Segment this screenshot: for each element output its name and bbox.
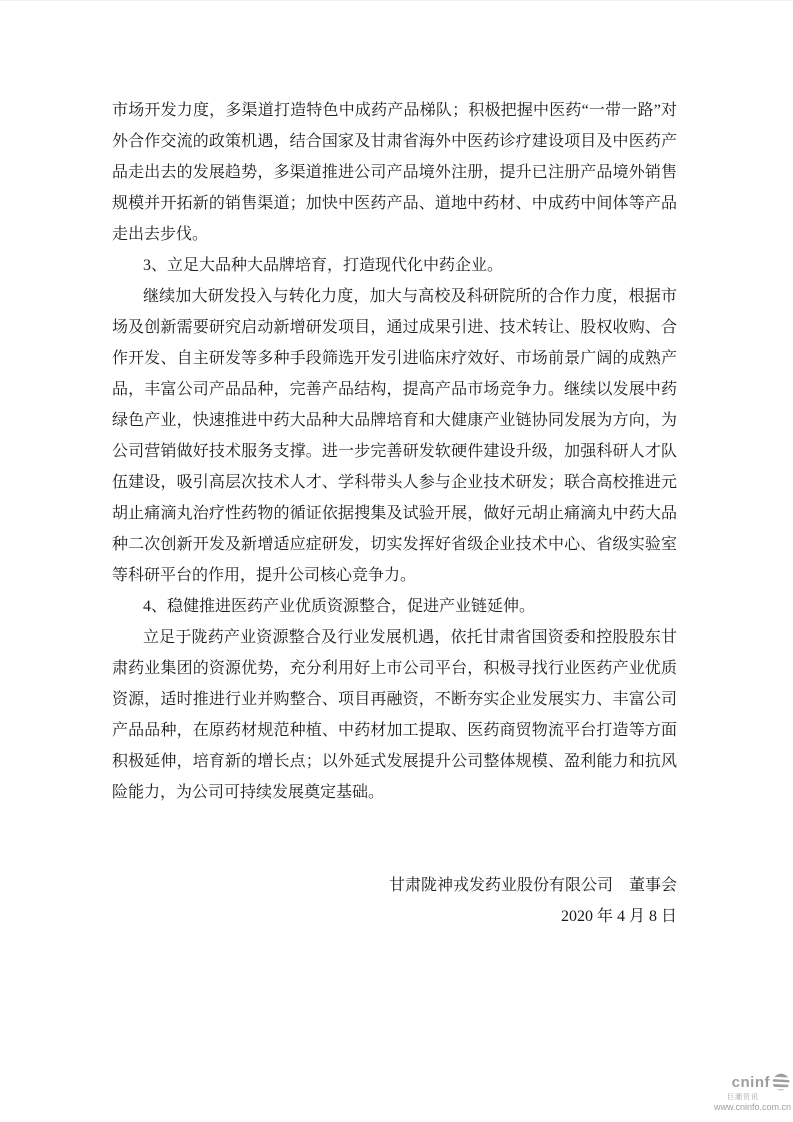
cninfo-website-url: www.cninfo.com.cn (711, 1103, 791, 1112)
cninfo-watermark: cninf 巨潮资讯 www.cninfo.com.cn (711, 1072, 791, 1112)
cninfo-brand-name: 巨潮资讯 (711, 1094, 759, 1101)
signature-company-line: 甘肃陇神戎发药业股份有限公司 董事会 (112, 870, 677, 901)
document-body: 市场开发力度，多渠道打造特色中成药产品梯队；积极把握中医药“一带一路”对外合作交… (112, 95, 677, 932)
document-page: 市场开发力度，多渠道打造特色中成药产品梯队；积极把握中医药“一带一路”对外合作交… (0, 0, 793, 1122)
paragraph-continuation: 市场开发力度，多渠道打造特色中成药产品梯队；积极把握中医药“一带一路”对外合作交… (112, 95, 677, 250)
cninfo-logo: cninf (711, 1072, 791, 1092)
paragraph-item-3-body: 继续加大研发投入与转化力度，加大与高校及科研院所的合作力度，根据市场及创新需要研… (112, 281, 677, 591)
cninfo-logo-text: cninf (732, 1075, 770, 1090)
signature-block: 甘肃陇神戎发药业股份有限公司 董事会 2020 年 4 月 8 日 (112, 870, 677, 932)
heading-item-4: 4、稳健推进医药产业优质资源整合，促进产业链延伸。 (112, 591, 677, 622)
signature-date-line: 2020 年 4 月 8 日 (112, 901, 677, 932)
heading-item-3: 3、立足大品种大品牌培育，打造现代化中药企业。 (112, 250, 677, 281)
paragraph-item-4-body: 立足于陇药产业资源整合及行业发展机遇，依托甘肃省国资委和控股股东甘肃药业集团的资… (112, 622, 677, 808)
cninfo-swirl-globe-icon (771, 1072, 791, 1092)
